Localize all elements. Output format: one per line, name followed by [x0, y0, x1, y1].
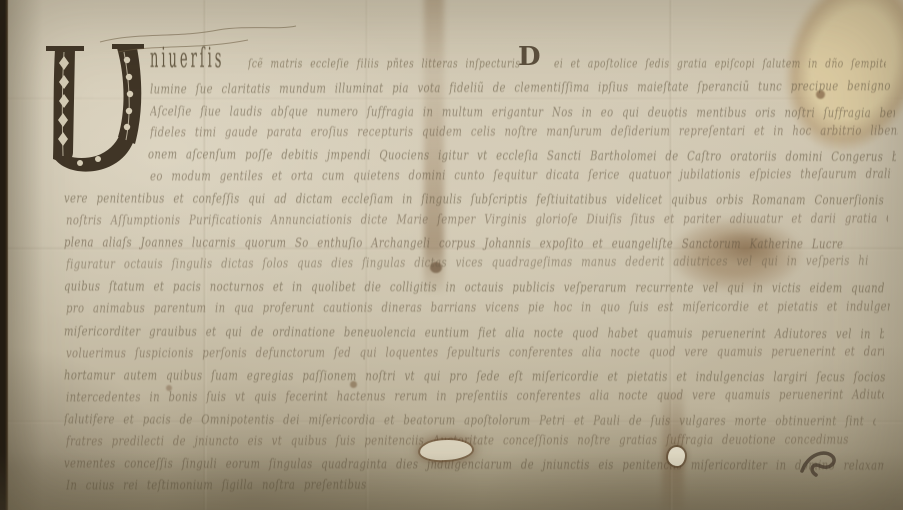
- script-line: voluerimus ſuspicionis perſonis defuncto…: [66, 345, 884, 368]
- frame-edge: [0, 0, 9, 510]
- script-line: figuratur octauis ſingulis dictas ſolos …: [66, 254, 868, 279]
- script-line: pro animabus parentum in qua proferunt c…: [66, 300, 890, 323]
- pen-flourish-lines: [98, 22, 298, 58]
- script-line: fideles timi gaude parata eroſius recept…: [150, 124, 898, 147]
- illuminated-initial-U: [40, 44, 150, 178]
- left-edge-shadow: [9, 0, 43, 510]
- parchment-hole-small: [668, 447, 685, 466]
- dark-pen-mark: [796, 444, 840, 480]
- parchment-charter-photo: niuerſis ſcẽ matris eccleſie filiis pñte…: [0, 0, 903, 510]
- script-line: fratres predilecti de jniuncto eis vt qu…: [66, 433, 882, 456]
- opening-line-small-script: ſcẽ matris eccleſie filiis pñtes littera…: [248, 58, 520, 77]
- capital-D: D: [518, 42, 541, 72]
- script-line: intercedentes in bonis ſuis vt quis fece…: [66, 388, 884, 412]
- script-line-partial: [190, 501, 710, 510]
- script-line: eo modum gentiles et orta cum quietens d…: [150, 167, 892, 191]
- opening-line-continuation: ei et apoſtolice ſedis gratia epiſcopi ſ…: [554, 58, 886, 77]
- script-line: lumine ſue claritatis mundum illuminat p…: [150, 80, 892, 105]
- script-line: noſtris Aſſumptionis Purificationis Annu…: [66, 212, 888, 235]
- script-line: In cuius rei teſtimonium ſigilla noſtra …: [66, 477, 868, 500]
